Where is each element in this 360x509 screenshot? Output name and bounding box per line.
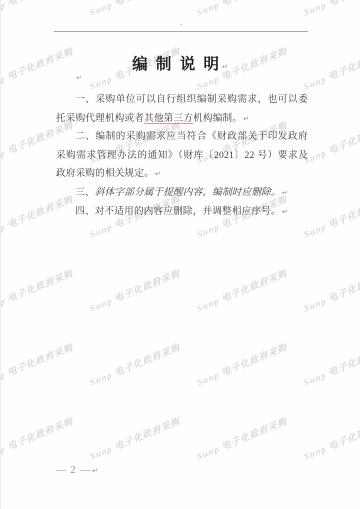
watermark-text: Sunp 电子化政府采购 <box>302 266 360 314</box>
watermark-text: Sunp 电子化政府采购 <box>302 414 360 462</box>
paragraph-3-italic-text: 斜体字部分属于提醒内容，编制时应删除。 <box>95 187 281 198</box>
watermark-text: Sunp 电子化政府采购 <box>302 0 360 19</box>
page-title-text: 编 制 说 明 <box>132 56 221 73</box>
paragraph-1: 一、采购单位可以自行组织编制采购需求，也可以委托采购代理机构或者其他第三方机构编… <box>56 91 308 128</box>
watermark-text: Sunp 电子化政府采购 <box>88 414 183 462</box>
paragraph-return-mark: ↵ <box>92 467 99 475</box>
empty-paragraph-mark: ↵ <box>76 74 82 82</box>
paragraph-2: 二、编制的采购需求应当符合《财政部关于印发政府采购需求管理办法的通知》（财库〔2… <box>56 128 308 184</box>
watermark-text: Sunp 电子化政府采购 <box>0 340 75 388</box>
paragraph-return-mark: ↵ <box>155 170 161 178</box>
document-page: Sunp 电子化政府采购Sunp 电子化政府采购Sunp 电子化政府采购Sunp… <box>0 0 360 509</box>
paragraph-return-mark: ↵ <box>243 115 249 123</box>
watermark-text: Sunp 电子化政府采购 <box>302 118 360 166</box>
watermark-text: Sunp 电子化政府采购 <box>0 414 75 462</box>
watermark-text: Sunp 电子化政府采购 <box>195 340 290 388</box>
paragraph-return-mark: ↵ <box>222 63 230 71</box>
paragraph-4-number: 四、 <box>75 206 95 217</box>
header-dot: . <box>180 18 182 27</box>
watermark-text: Sunp 电子化政府采购 <box>0 266 75 314</box>
header-rule <box>54 31 308 32</box>
paragraph-3: 三、斜体字部分属于提醒内容，编制时应删除。↵ <box>56 184 308 203</box>
underlined-third-party-text: 其他第三方 <box>144 113 193 124</box>
paragraph-3-number: 三、 <box>75 187 95 198</box>
watermark-text: Sunp 电子化政府采购 <box>195 0 290 19</box>
paragraph-2-text: 二、编制的采购需求应当符合《财政部关于印发政府采购需求管理办法的通知》（财库〔2… <box>56 131 308 179</box>
watermark-text: Sunp 电子化政府采购 <box>302 340 360 388</box>
watermark-text: Sunp 电子化政府采购 <box>0 0 75 19</box>
watermark-text: Sunp 电子化政府采购 <box>88 340 183 388</box>
watermark-text: Sunp 电子化政府采购 <box>195 266 290 314</box>
watermark-text: Sunp 电子化政府采购 <box>88 266 183 314</box>
page-number-text: — 2 — <box>56 465 91 476</box>
paragraph-return-mark: ↵ <box>282 208 288 216</box>
body-text: 一、采购单位可以自行组织编制采购需求，也可以委托采购代理机构或者其他第三方机构编… <box>56 91 308 221</box>
paragraph-4-text: 对不适用的内容应删除，并调整相应序号。 <box>95 206 281 217</box>
watermark-text: Sunp 电子化政府采购 <box>88 0 183 19</box>
paragraph-4: 四、对不适用的内容应删除，并调整相应序号。↵ <box>56 203 308 222</box>
page-title: 编 制 说 明↵ <box>1 52 360 74</box>
watermark-text: Sunp 电子化政府采购 <box>195 414 290 462</box>
watermark-text: Sunp 电子化政府采购 <box>302 192 360 240</box>
paragraph-return-mark: ↵ <box>282 189 288 197</box>
page-number: — 2 —↵ <box>56 465 99 476</box>
paragraph-1-text-end: 机构编制。 <box>193 113 242 124</box>
watermark-layer: Sunp 电子化政府采购Sunp 电子化政府采购Sunp 电子化政府采购Sunp… <box>1 0 360 509</box>
